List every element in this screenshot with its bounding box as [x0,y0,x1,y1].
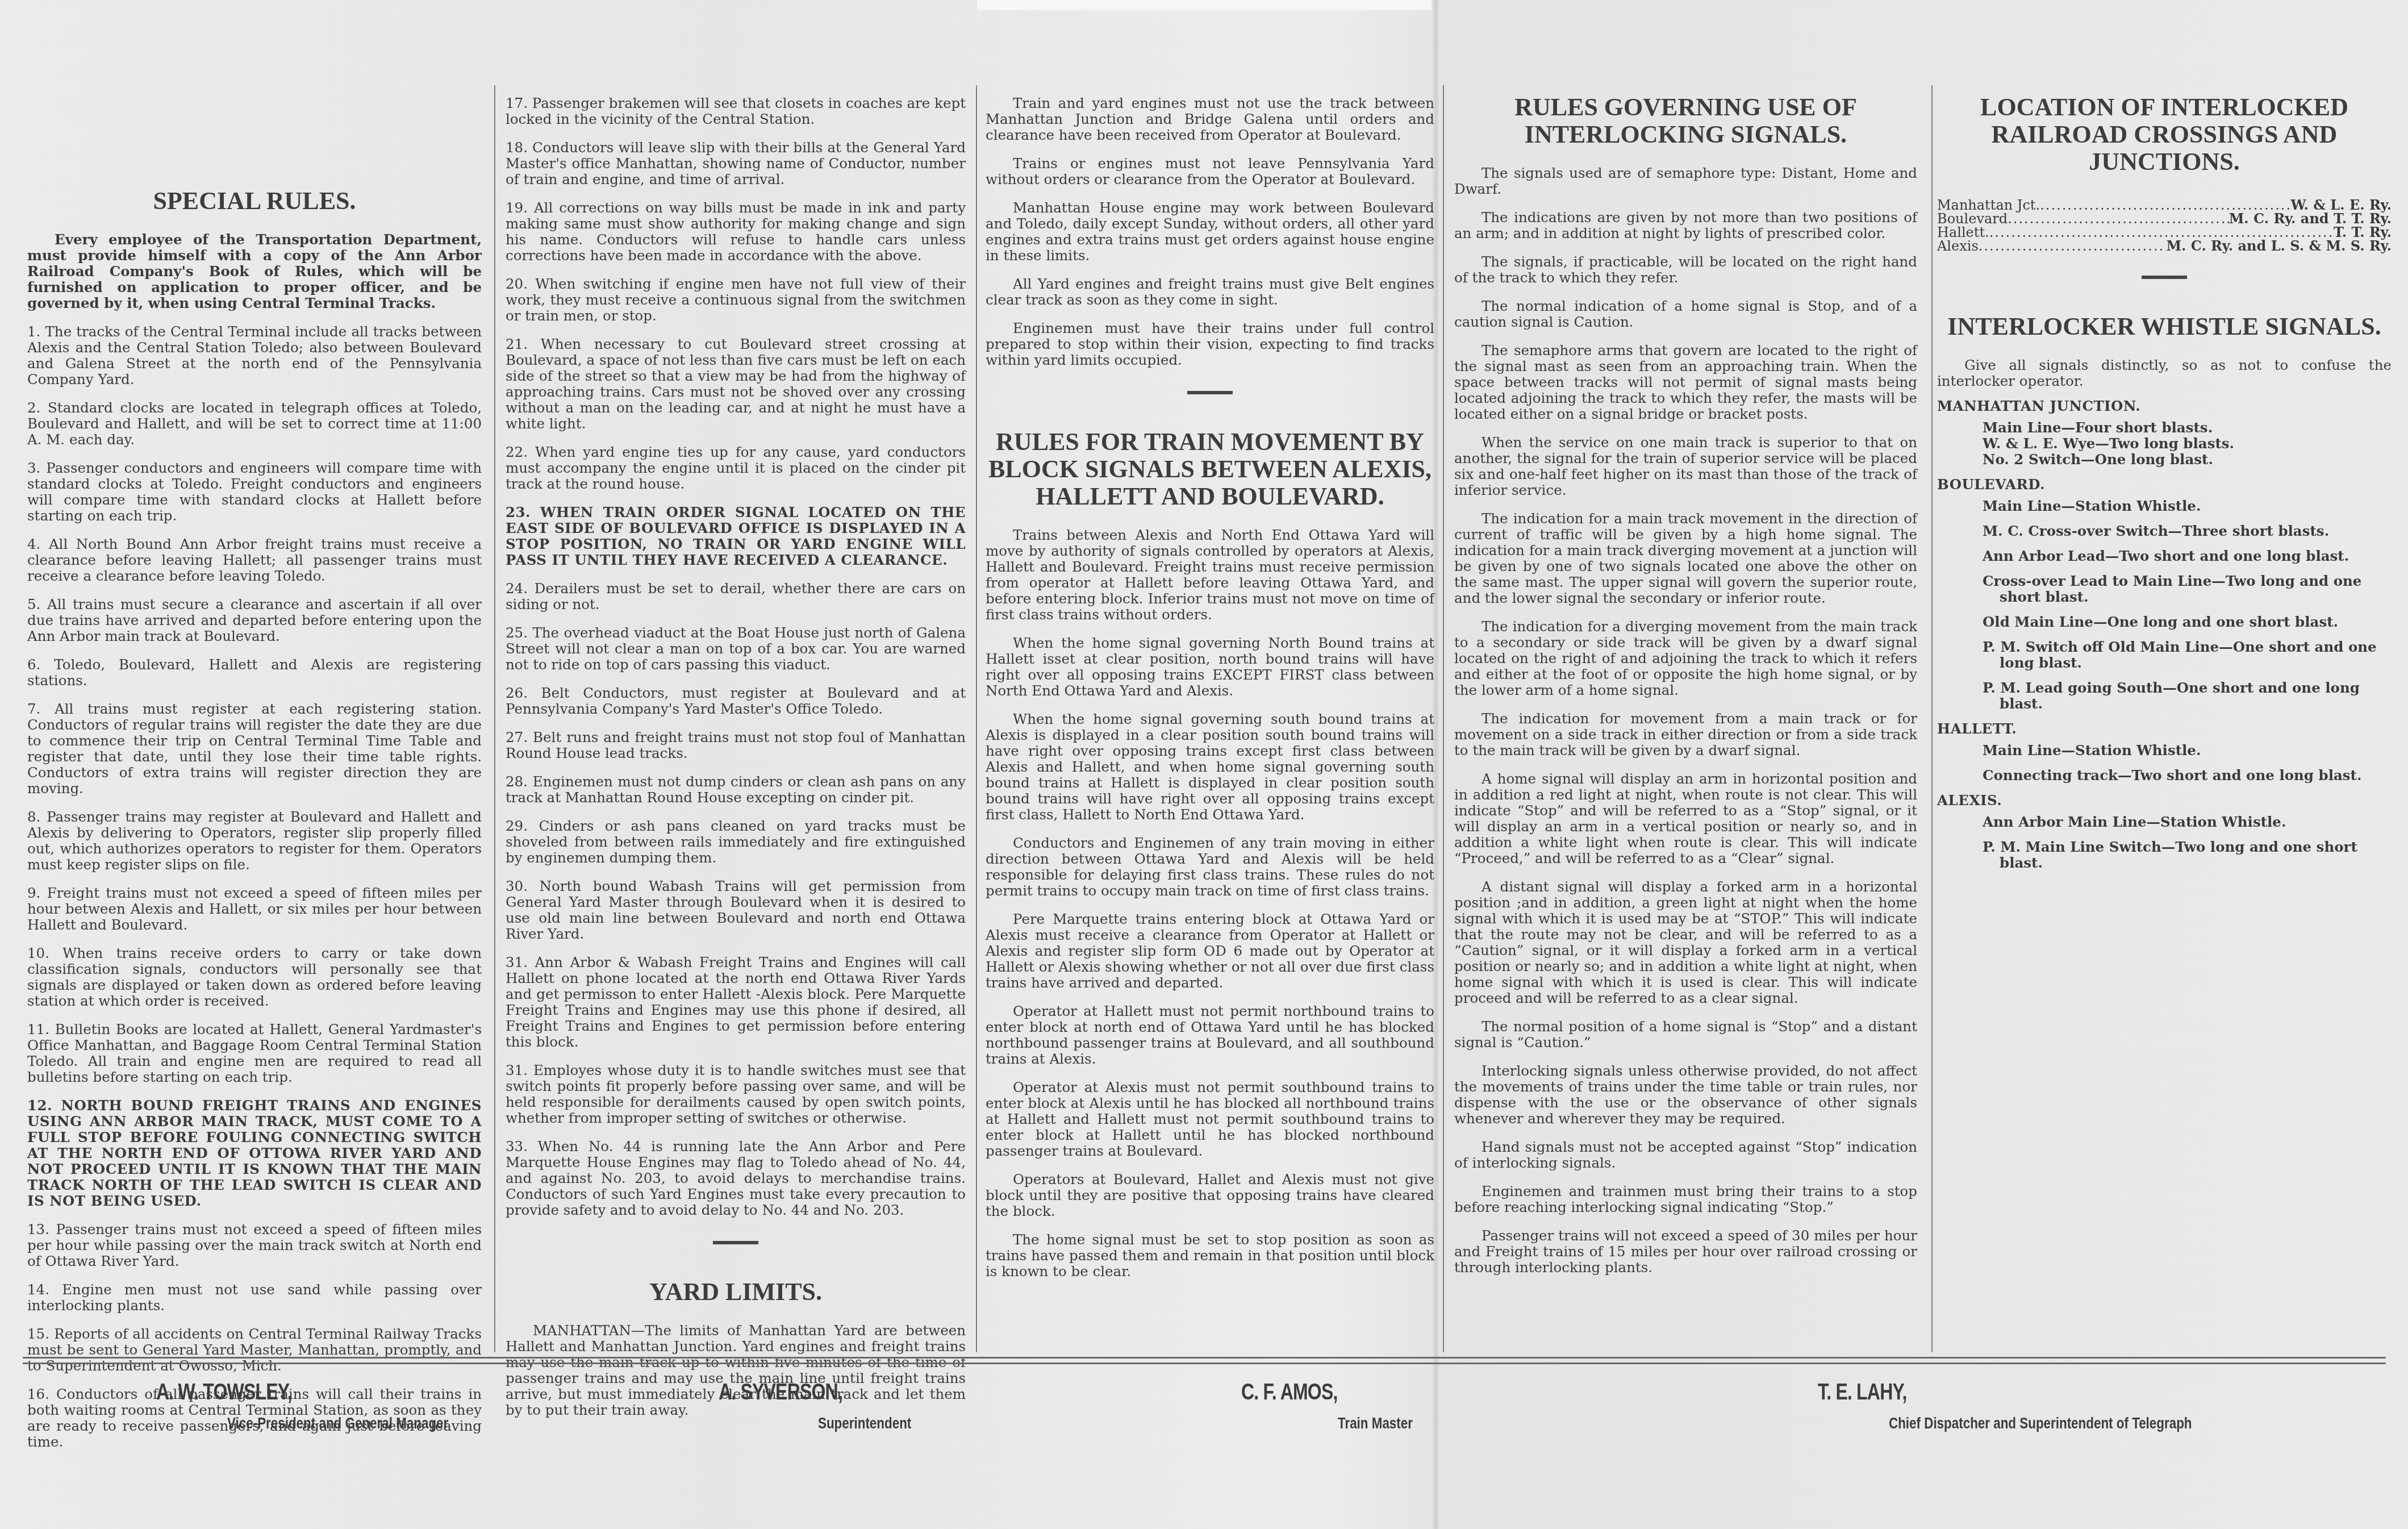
special-rules-title: SPECIAL RULES. [27,188,482,215]
block-signal-para: Trains between Alexis and North End Otta… [986,527,1434,623]
column-divider [1443,85,1444,1352]
torn-edge [977,0,1432,10]
location-place: Manhattan Jct. [1937,198,2040,212]
location-railways: M. C. Ry. and L. S. & M. S. Ry. [2166,239,2392,253]
block-signal-para: The home signal must be set to stop posi… [986,1232,1434,1280]
interlocking-para: The indication for a diverging movement … [1454,619,1917,698]
special-rules-intro: Every employee of the Transportation Dep… [27,232,482,311]
rule-item: 8. Passenger trains may register at Boul… [27,809,482,873]
interlocking-column: RULES GOVERNING USE OF INTERLOCKING SIGN… [1454,94,1917,1288]
footer-rule [23,1357,2386,1359]
rule-item: 23. WHEN TRAIN ORDER SIGNAL LOCATED ON T… [506,505,966,568]
rule-item: 6. Toledo, Boulevard, Hallett and Alexis… [27,657,482,689]
rule-item: 31. Employes whose duty it is to handle … [506,1063,966,1126]
interlocking-para: Enginemen and trainmen must bring their … [1454,1184,1917,1215]
rule-item: 10. When trains receive orders to carry … [27,945,482,1009]
yard-limits-para: Manhattan House engine may work between … [986,200,1434,264]
section-divider [713,1241,758,1244]
interlocking-para: Passenger trains will not exceed a speed… [1454,1228,1917,1276]
whistle-signal-item: Cross-over Lead to Main Line—Two long an… [1983,573,2392,605]
rule-item: 25. The overhead viaduct at the Boat Hou… [506,625,966,673]
whistle-signal-item: Old Main Line—One long and one short bla… [1983,614,2392,630]
rule-item: 17. Passenger brakemen will see that clo… [506,95,966,127]
interlocking-para: The indication for movement from a main … [1454,711,1917,759]
yard-limits-title: YARD LIMITS. [506,1278,966,1306]
interlocking-para: The normal indication of a home signal i… [1454,298,1917,330]
location-row: BoulevardM. C. Ry. and T. T. Ry. [1937,212,2392,226]
interlocking-para: Interlocking signals unless otherwise pr… [1454,1063,1917,1127]
block-signal-para: Operator at Alexis must not permit south… [986,1080,1434,1159]
whistle-signal-item: M. C. Cross-over Switch—Three short blas… [1983,523,2392,539]
rule-item: 19. All corrections on way bills must be… [506,200,966,264]
whistle-signal-item: Main Line—Station Whistle. [1983,743,2392,759]
whistle-station-heading: MANHATTAN JUNCTION. [1937,398,2392,414]
locations-column: LOCATION OF INTERLOCKED RAILROAD CROSSIN… [1937,94,2392,880]
rule-item: 21. When necessary to cut Boulevard stre… [506,336,966,432]
yard-limits-list: Train and yard engines must not use the … [986,95,1434,368]
location-place: Alexis [1937,239,1979,253]
yard-limits-para: Enginemen must have their trains under f… [986,320,1434,368]
leader-dots [1979,239,2167,253]
whistle-signal-item: Main Line—Four short blasts. [1983,420,2392,436]
block-signals-column: Train and yard engines must not use the … [986,95,1434,1292]
interlocking-para: The indications are given by not more th… [1454,210,1917,241]
whistle-signal-item: P. M. Main Line Switch—Two long and one … [1983,839,2392,871]
rule-item: 29. Cinders or ash pans cleaned on yard … [506,818,966,866]
whistle-signal-item: Connecting track—Two short and one long … [1983,768,2392,784]
rule-item: 5. All trains must secure a clearance an… [27,597,482,644]
interlocking-para: The semaphore arms that govern are locat… [1454,343,1917,422]
special-rules-column: SPECIAL RULES. Every employee of the Tra… [27,188,482,1463]
rule-item: 1. The tracks of the Central Terminal in… [27,324,482,388]
interlocking-para: When the service on one main track is su… [1454,435,1917,498]
whistle-list: MANHATTAN JUNCTION.Main Line—Four short … [1937,398,2392,871]
rule-item: 28. Enginemen must not dump cinders or c… [506,774,966,806]
footer-rule [23,1363,2386,1364]
interlocking-para: The normal position of a home signal is … [1454,1019,1917,1051]
rule-item: 31. Ann Arbor & Wabash Freight Trains an… [506,955,966,1050]
rule-item: 22. When yard engine ties up for any cau… [506,444,966,492]
rule-item: 3. Passenger conductors and engineers wi… [27,460,482,524]
rule-item: 33. When No. 44 is running late the Ann … [506,1139,966,1218]
whistle-signal-item: Ann Arbor Main Line—Station Whistle. [1983,814,2392,830]
interlocking-list: The signals used are of semaphore type: … [1454,165,1917,1276]
block-signal-para: When the home signal governing North Bou… [986,635,1434,699]
rule-item: 27. Belt runs and freight trains must no… [506,730,966,761]
rule-item: 26. Belt Conductors, must register at Bo… [506,685,966,717]
block-signal-para: Pere Marquette trains entering block at … [986,911,1434,991]
whistle-signal-item: W. & L. E. Wye—Two long blasts. [1983,436,2392,452]
interlocking-para: A home signal will display an arm in hor… [1454,771,1917,866]
rule-item: 2. Standard clocks are located in telegr… [27,400,482,448]
whistle-signal-item: Ann Arbor Lead—Two short and one long bl… [1983,548,2392,564]
whistle-signal-item: Main Line—Station Whistle. [1983,498,2392,514]
whistle-station-heading: ALEXIS. [1937,793,2392,809]
column-divider [976,85,977,1352]
interlocking-para: The signals used are of semaphore type: … [1454,165,1917,197]
signature-lahy: T. E. LAHY, Chief Dispatcher and Superin… [1818,1380,2268,1432]
interlocking-para: The indication for a main track movement… [1454,511,1917,606]
rule-item: 12. NORTH BOUND FREIGHT TRAINS AND ENGIN… [27,1098,482,1209]
whistle-signal-item: No. 2 Switch—One long blast. [1983,452,2392,468]
interlocking-para: Hand signals must not be accepted agains… [1454,1139,1917,1171]
whistle-signal-item: P. M. Lead going South—One short and one… [1983,680,2392,712]
location-row: AlexisM. C. Ry. and L. S. & M. S. Ry. [1937,239,2392,253]
block-signals-title: RULES FOR TRAIN MOVEMENT BY BLOCK SIGNAL… [986,428,1434,510]
location-place: Boulevard [1937,212,2008,226]
section-divider [1187,391,1233,394]
location-place: Hallett. [1937,226,1989,239]
rule-item: 9. Freight trains must not exceed a spee… [27,885,482,933]
block-signal-para: Operator at Hallett must not permit nort… [986,1003,1434,1067]
interlocking-title: RULES GOVERNING USE OF INTERLOCKING SIGN… [1454,94,1917,148]
column-divider [1931,85,1933,1352]
block-signal-para: Conductors and Enginemen of any train mo… [986,835,1434,899]
yard-limits-para: Train and yard engines must not use the … [986,95,1434,143]
signature-towsley: A. W. TOWSLEY, Vice-President and Genera… [156,1380,504,1432]
yard-limits-para: All Yard engines and freight trains must… [986,276,1434,308]
rule-item: 11. Bulletin Books are located at Hallet… [27,1022,482,1085]
column-divider [494,85,495,1352]
whistle-title: INTERLOCKER WHISTLE SIGNALS. [1937,313,2392,340]
rule-item: 24. Derailers must be set to derail, whe… [506,581,966,613]
rule-item: 20. When switching if engine men have no… [506,276,966,324]
signature-syverson: A. SYVERSON, Superintendent [719,1380,934,1432]
rule-item: 14. Engine men must not use sand while p… [27,1282,482,1314]
rule-item: 4. All North Bound Ann Arbor freight tra… [27,536,482,584]
interlocking-para: The signals, if practicable, will be loc… [1454,254,1917,286]
rule-item: 13. Passenger trains must not exceed a s… [27,1222,482,1269]
locations-title: LOCATION OF INTERLOCKED RAILROAD CROSSIN… [1937,94,2392,176]
section-divider [2142,276,2187,279]
whistle-signal-item: P. M. Switch off Old Main Line—One short… [1983,639,2392,671]
rule-item: 18. Conductors will leave slip with thei… [506,140,966,188]
whistle-intro: Give all signals distinctly, so as not t… [1937,357,2392,389]
leader-dots [2008,212,2229,226]
rule-item: 30. North bound Wabash Trains will get p… [506,878,966,942]
block-signal-para: When the home signal governing south bou… [986,711,1434,823]
special-rules-cont-list: 17. Passenger brakemen will see that clo… [506,95,966,1218]
locations-table: Manhattan Jct.W. & L. E. Ry.BoulevardM. … [1937,198,2392,253]
special-rules-cont-column: 17. Passenger brakemen will see that clo… [506,95,966,1431]
whistle-station-heading: BOULEVARD. [1937,477,2392,493]
signature-amos: C. F. AMOS, Train Master [1241,1380,1432,1432]
interlocking-para: A distant signal will display a forked a… [1454,879,1917,1006]
rule-item: 7. All trains must register at each regi… [27,701,482,797]
yard-limits-para: Trains or engines must not leave Pennsyl… [986,156,1434,188]
rule-item: 15. Reports of all accidents on Central … [27,1326,482,1374]
special-rules-list: 1. The tracks of the Central Terminal in… [27,324,482,1450]
block-signals-list: Trains between Alexis and North End Otta… [986,527,1434,1280]
whistle-station-heading: HALLETT. [1937,721,2392,737]
block-signal-para: Operators at Boulevard, Hallet and Alexi… [986,1172,1434,1219]
